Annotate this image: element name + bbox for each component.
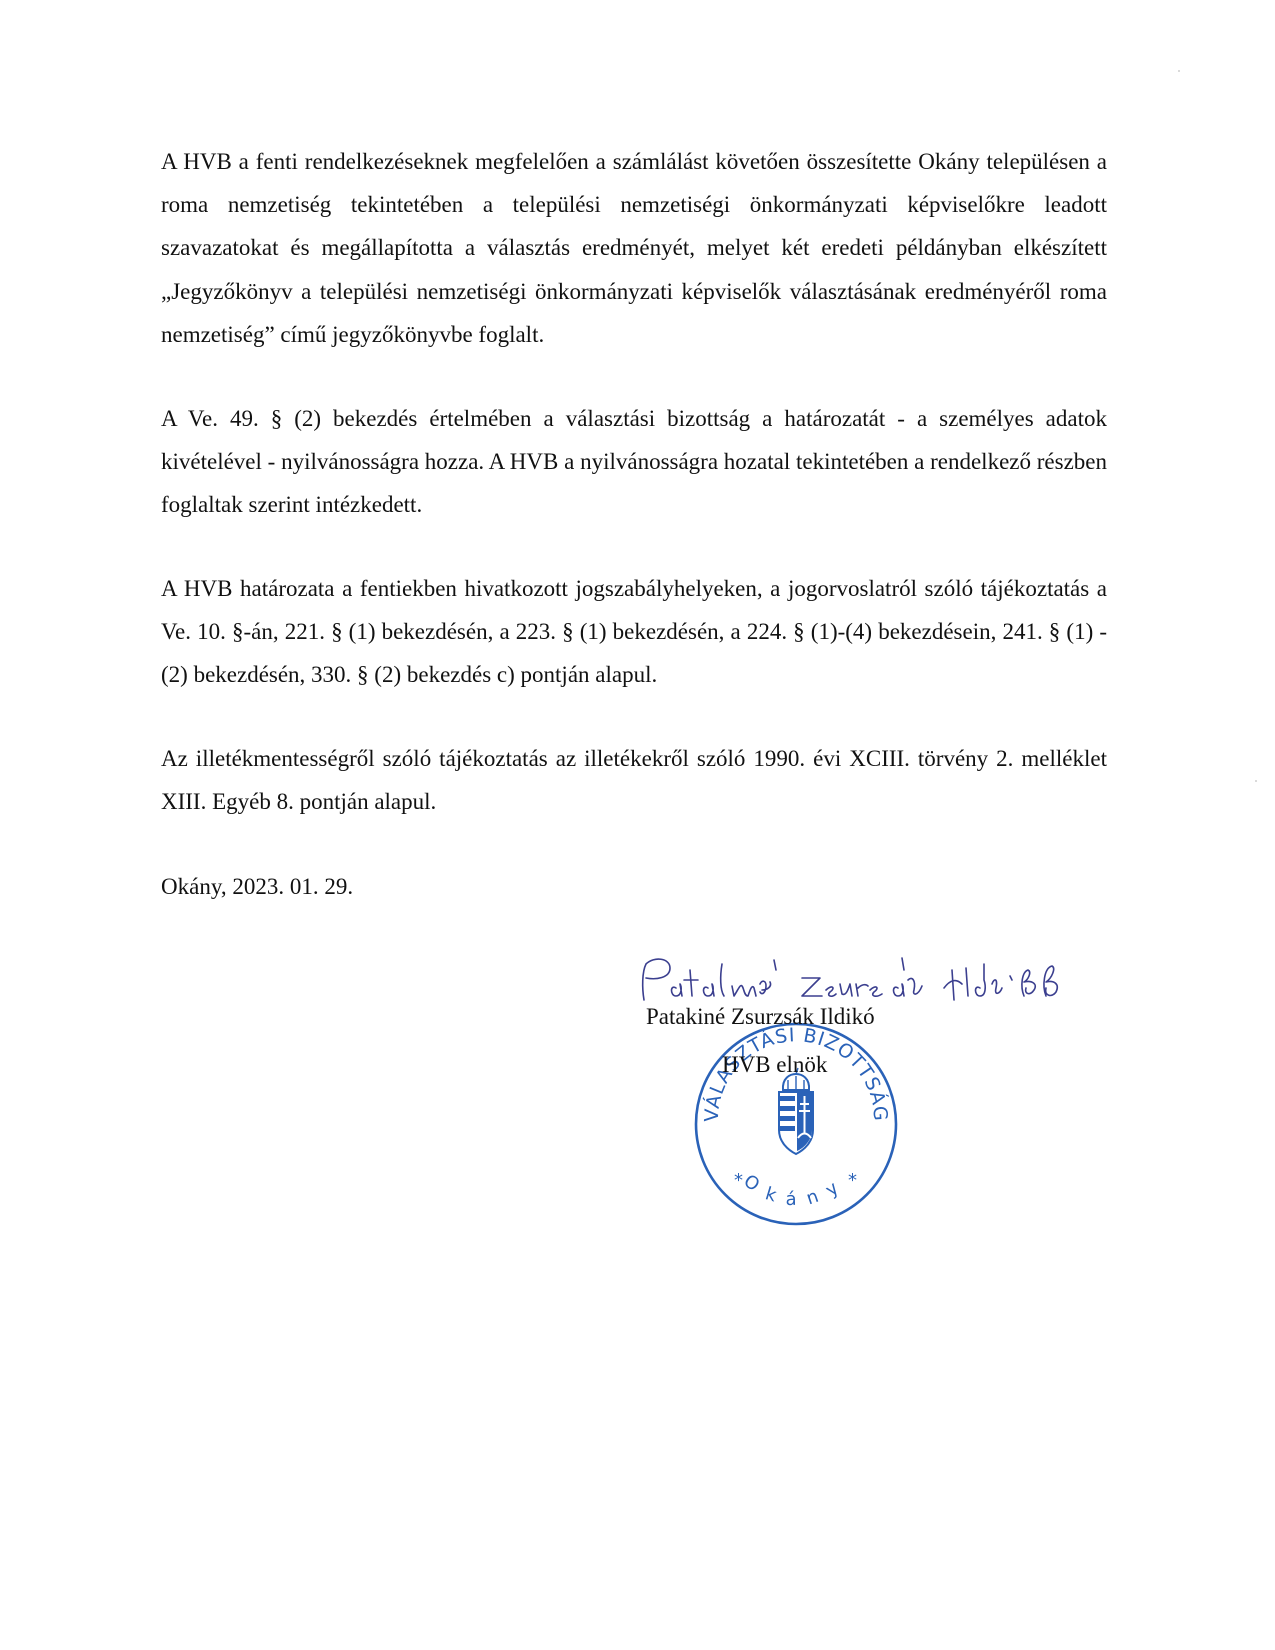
seal-bottom-text: Okány: [740, 1171, 853, 1210]
paragraph-legal-basis: A HVB határozata a fentiekben hivatkozot…: [161, 567, 1107, 697]
scan-speck: [1178, 70, 1180, 72]
scan-speck: [1255, 780, 1257, 782]
paragraph-fee-exemption: Az illetékmentességről szóló tájékoztatá…: [161, 737, 1107, 823]
paragraph-result-summary: A HVB a fenti rendelkezéseknek megfelelő…: [161, 140, 1107, 356]
document-page: A HVB a fenti rendelkezéseknek megfelelő…: [0, 0, 1275, 1650]
signer-role: HVB elnök: [722, 1050, 827, 1080]
hungarian-coat-of-arms-icon: [779, 1068, 813, 1154]
paragraph-publication: A Ve. 49. § (2) bekezdés értelmében a vá…: [161, 397, 1107, 527]
signer-name: Patakiné Zsurzsák Ildikó: [646, 1002, 875, 1032]
handwritten-signature-icon: [636, 950, 1076, 1006]
date-line: Okány, 2023. 01. 29.: [161, 865, 1107, 908]
